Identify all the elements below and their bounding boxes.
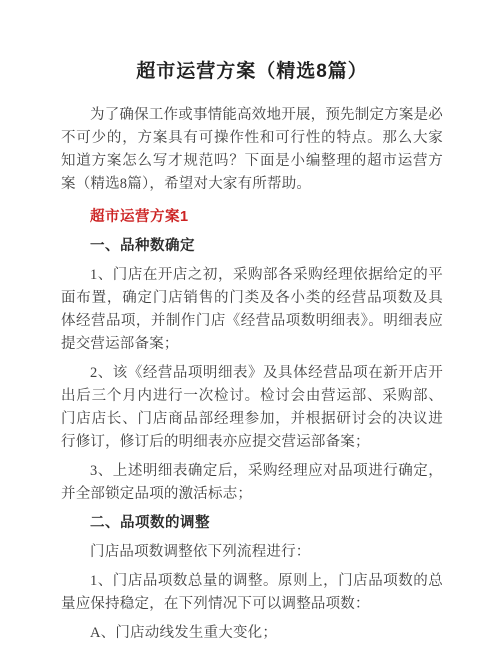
section-heading-plan-1: 超市运营方案1 [61, 206, 443, 229]
document-page: 超市运营方案（精选8篇） 为了确保工作或事情能高效地开展，预先制定方案是必不可少… [0, 0, 500, 647]
paragraph-item-3: 3、上述明细表确定后，采购经理应对品项进行确定，并全部锁定品项的激活标志； [61, 460, 443, 506]
subheading-item-count-adjustment: 二、品项数的调整 [61, 512, 443, 535]
paragraph-adjustment-item-1: 1、门店品项数总量的调整。原则上，门店品项数的总量应保持稳定，在下列情况下可以调… [61, 570, 443, 616]
intro-paragraph: 为了确保工作或事情能高效地开展，预先制定方案是必不可少的，方案具有可操作性和可行… [61, 104, 443, 196]
paragraph-process-intro: 门店品项数调整依下列流程进行： [61, 541, 443, 564]
paragraph-item-1: 1、门店在开店之初，采购部各采购经理依据给定的平面布置，确定门店销售的门类及各小… [61, 264, 443, 356]
paragraph-condition-a: A、门店动线发生重大变化； [61, 622, 443, 645]
paragraph-item-2: 2、该《经营品项明细表》及具体经营品项在新开店开出后三个月内进行一次检讨。检讨会… [61, 362, 443, 454]
document-title: 超市运营方案（精选8篇） [61, 58, 443, 85]
subheading-variety-count: 一、品种数确定 [61, 235, 443, 258]
